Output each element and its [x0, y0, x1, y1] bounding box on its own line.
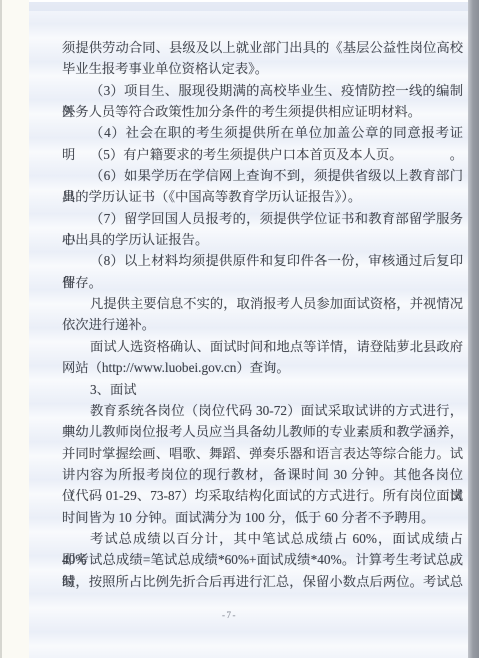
- scan-edge-right: [468, 0, 479, 658]
- text-line: 位代码 01-29、73-87）均采取结构化面试的方式进行。所有岗位面试: [62, 485, 463, 506]
- text-line: 具的学历认证书（《中国高等教育学历认证报告》）。: [62, 186, 463, 207]
- text-line: 教育系统各岗位（岗位代码 30-72）面试采取试讲的方式进行，其: [62, 400, 463, 421]
- text-line: （3）项目生、服现役期满的高校毕业生、疫情防控一线的编制外: [62, 80, 463, 101]
- text-line: 凡提供主要信息不实的，取消报考人员参加面试资格，并视情况: [62, 293, 463, 314]
- page-number: -7-: [62, 610, 397, 620]
- scanned-document-view: 须提供劳动合同、县级及以上就业部门出具的《基层公益性岗位高校 毕业生报考事业单位…: [0, 0, 479, 658]
- text-line: 讲内容为所报考岗位的现行教材，备课时间 30 分钟。其他各岗位（岗: [62, 464, 463, 485]
- text-line: 心出具的学历认证报告。: [62, 229, 463, 250]
- scan-top-highlight: [29, 0, 468, 2]
- text-line: 中幼儿教师岗位报考人员应当具备幼儿教师的专业素质和教学涵养，: [62, 421, 463, 442]
- text-line: 毕业生报考事业单位资格认定表》。: [62, 58, 463, 79]
- text-line: 网站（http://www.luobei.gov.cn）查询。: [62, 357, 463, 378]
- text-line: 并同时掌握绘画、唱歌、舞蹈、弹奏乐器和语言表达等综合能力。试: [62, 443, 463, 464]
- text-line: 时间皆为 10 分钟。面试满分为 100 分，低于 60 分者不予聘用。: [62, 507, 463, 528]
- text-line: 医务人员等符合政策性加分条件的考生须提供相应证明材料。: [62, 101, 463, 122]
- text-line: 留存。: [62, 272, 463, 293]
- text-line: 须提供劳动合同、县级及以上就业部门出具的《基层公益性岗位高校: [62, 37, 463, 58]
- text-line: 依次进行递补。: [62, 314, 463, 335]
- text-line: （4）社会在职的考生须提供所在单位加盖公章的同意报考证明。: [62, 122, 463, 143]
- document-page: 须提供劳动合同、县级及以上就业部门出具的《基层公益性岗位高校 毕业生报考事业单位…: [29, 0, 468, 658]
- scan-top-band: [29, 2, 468, 11]
- text-line: （7）留学回国人员报考的，须提供学位证书和教育部留学服务中: [62, 208, 463, 229]
- text-line: （6）如果学历在学信网上查询不到，须提供省级以上教育部门出: [62, 165, 463, 186]
- text-line: 时，按照所占比例先折合后再进行汇总，保留小数点后两位。考试总: [62, 571, 463, 592]
- text-line: 面试人选资格确认、面试时间和地点等详情，请登陆萝北县政府: [62, 336, 463, 357]
- scan-margin-strip: [2, 0, 29, 658]
- text-line: 即考试总成绩=笔试总成绩*60%+面试成绩*40%。计算考生考试总成绩: [62, 549, 463, 570]
- text-line: （8）以上材料均须提供原件和复印件各一份，审核通过后复印件: [62, 250, 463, 271]
- section-heading: 3、面试: [62, 379, 463, 400]
- text-block: 须提供劳动合同、县级及以上就业部门出具的《基层公益性岗位高校 毕业生报考事业单位…: [62, 37, 463, 592]
- text-line: 考试总成绩以百分计，其中笔试总成绩占 60%，面试成绩占 40%。: [62, 528, 463, 549]
